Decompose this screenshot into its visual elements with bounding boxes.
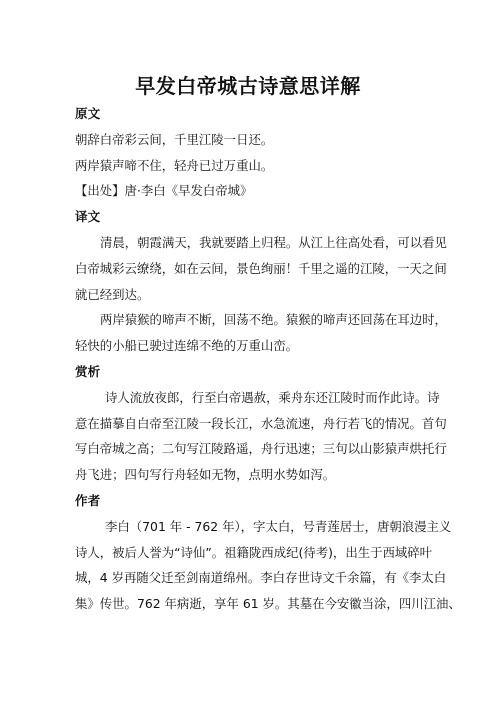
section-heading-appreciation: 赏析: [75, 359, 425, 385]
author-line: 李白（701 年 - 762 年），字太白，号青莲居士，唐朝浪漫主义: [75, 514, 425, 540]
poem-line-2: 两岸猿声啼不住，轻舟已过万重山。: [75, 153, 425, 179]
translation-line: 轻快的小船已驶过连绵不绝的万重山峦。: [75, 333, 425, 359]
document-title: 早发白帝城古诗意思详解: [0, 70, 496, 99]
author-line: 诗人，被后人誉为“诗仙”。祖籍陇西成纪(待考)，出生于西域碎叶: [75, 540, 425, 566]
document-page: 早发白帝城古诗意思详解 原文 朝辞白帝彩云间，千里江陵一日还。 两岸猿声啼不住，…: [0, 0, 496, 702]
section-heading-original: 原文: [75, 101, 425, 127]
section-heading-author: 作者: [75, 488, 425, 514]
translation-line: 清晨，朝霞满天，我就要踏上归程。从江上往高处看，可以看见: [75, 230, 425, 256]
section-heading-translation: 译文: [75, 204, 425, 230]
appreciation-line: 意在描摹自白帝至江陵一段长江，水急流速，舟行若飞的情况。首句: [75, 411, 425, 437]
appreciation-line: 写白帝城之高；二句写江陵路遥，舟行迅速；三句以山影猿声烘托行: [75, 436, 425, 462]
document-body: 原文 朝辞白帝彩云间，千里江陵一日还。 两岸猿声啼不住，轻舟已过万重山。 【出处…: [75, 101, 425, 617]
translation-line: 就已经到达。: [75, 282, 425, 308]
appreciation-line: 诗人流放夜郎，行至白帝遇赦，乘舟东还江陵时而作此诗。诗: [75, 385, 425, 411]
poem-source: 【出处】唐·李白《早发白帝城》: [75, 178, 425, 204]
poem-line-1: 朝辞白帝彩云间，千里江陵一日还。: [75, 127, 425, 153]
author-line: 集》传世。762 年病逝，享年 61 岁。其墓在今安徽当涂，四川江油、: [75, 591, 425, 617]
appreciation-line: 舟飞进；四句写行舟轻如无物，点明水势如泻。: [75, 462, 425, 488]
translation-line: 两岸猿猴的啼声不断，回荡不绝。猿猴的啼声还回荡在耳边时，: [75, 307, 425, 333]
author-line: 城，4 岁再随父迁至剑南道绵州。李白存世诗文千余篇，有《李太白: [75, 565, 425, 591]
translation-line: 白帝城彩云缭绕，如在云间，景色绚丽！千里之遥的江陵，一天之间: [75, 256, 425, 282]
